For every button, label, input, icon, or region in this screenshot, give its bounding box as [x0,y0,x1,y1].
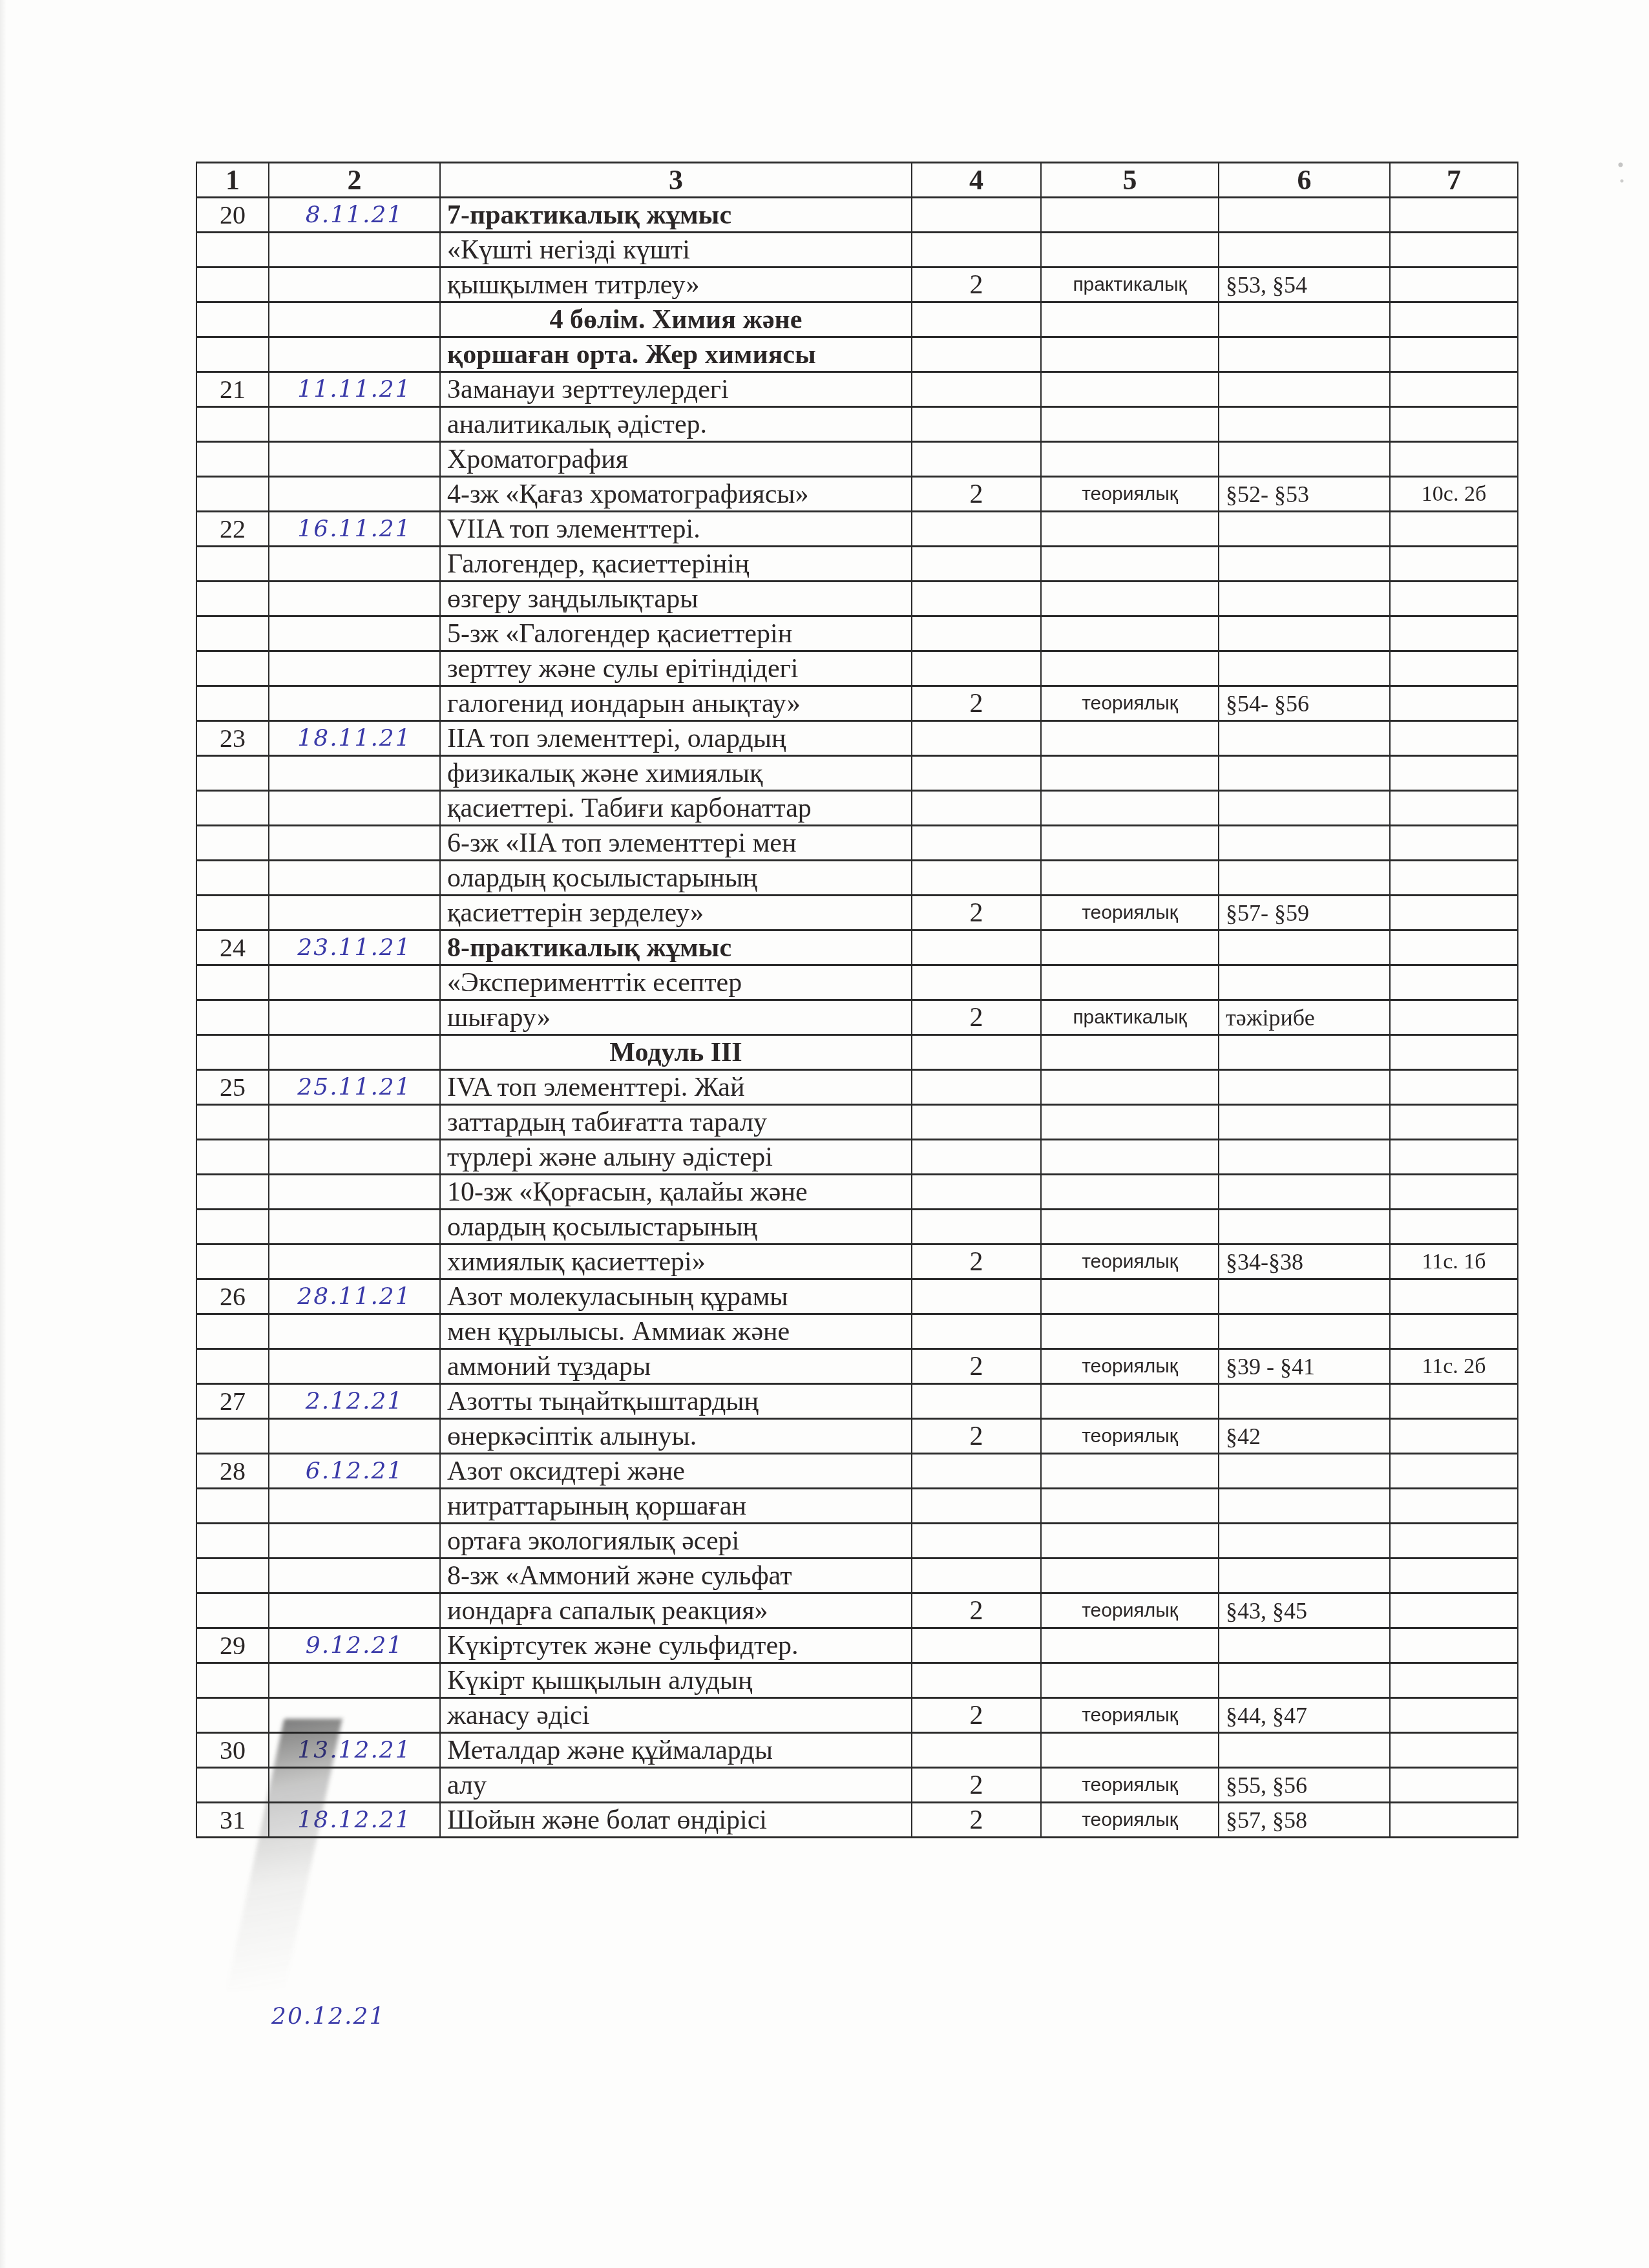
lesson-type: теориялық [1041,1349,1219,1384]
lesson-homework [1390,1803,1518,1838]
lesson-homework [1390,896,1518,930]
lesson-hours [912,337,1041,372]
lesson-number [196,1698,269,1733]
lesson-date [269,1349,440,1384]
header-col-homework: 7 [1390,163,1518,198]
lesson-hours [912,721,1041,756]
lesson-hours [912,756,1041,791]
lesson-homework: 11с. 1б [1390,1244,1518,1279]
lesson-number: 28 [196,1454,269,1489]
lesson-paragraphs: §34-§38 [1219,1244,1390,1279]
lesson-topic: Күкіртсутек және сульфидтер. [440,1628,912,1663]
lesson-number [196,1349,269,1384]
lesson-paragraphs [1219,965,1390,1000]
table-row: заттардың табиғатта таралу [196,1105,1518,1140]
lesson-topic: Азот оксидтері және [440,1454,912,1489]
table-row: қышқылмен титрлеу»2практикалық§53, §54 [196,268,1518,302]
lesson-type [1041,965,1219,1000]
lesson-paragraphs: §55, §56 [1219,1768,1390,1803]
table-row: ортаға экологиялық әсері [196,1524,1518,1559]
header-col-type: 5 [1041,163,1219,198]
lesson-date [269,1524,440,1559]
lesson-hours [912,930,1041,965]
lesson-paragraphs [1219,721,1390,756]
lesson-homework [1390,337,1518,372]
lesson-date [269,686,440,721]
lesson-homework [1390,930,1518,965]
lesson-hours [912,1384,1041,1419]
lesson-hours: 2 [912,1000,1041,1035]
lesson-paragraphs: §57- §59 [1219,896,1390,930]
lesson-date: 23.11.21 [269,930,440,965]
lesson-homework [1390,861,1518,896]
lesson-type [1041,1559,1219,1593]
lesson-topic: қышқылмен титрлеу» [440,268,912,302]
lesson-homework [1390,1070,1518,1105]
lesson-plan-table: 1 2 3 4 5 6 7 208.11.217-практикалық жұм… [196,162,1518,1838]
lesson-date [269,1035,440,1070]
table-row: 2318.11.21IIA топ элементтері, олардың [196,721,1518,756]
lesson-type [1041,1314,1219,1349]
lesson-type [1041,1663,1219,1698]
lesson-hours [912,1524,1041,1559]
lesson-homework [1390,302,1518,337]
lesson-paragraphs [1219,1733,1390,1768]
lesson-paragraphs [1219,582,1390,616]
lesson-topic: Модуль III [440,1035,912,1070]
lesson-homework [1390,616,1518,651]
lesson-number: 22 [196,512,269,547]
lesson-homework [1390,1175,1518,1210]
lesson-number [196,686,269,721]
lesson-topic: физикалық және химиялық [440,756,912,791]
lesson-homework [1390,1628,1518,1663]
table-row: аммоний тұздары2теориялық§39 - §4111с. 2… [196,1349,1518,1384]
table-row: олардың қосылыстарының [196,861,1518,896]
lesson-type: теориялық [1041,1698,1219,1733]
lesson-homework [1390,1593,1518,1628]
header-col-topic: 3 [440,163,912,198]
lesson-paragraphs: §42 [1219,1419,1390,1454]
lesson-type [1041,1489,1219,1524]
lesson-topic: ортаға экологиялық әсері [440,1524,912,1559]
table-row: 3013.12.21Металдар және құймаларды [196,1733,1518,1768]
scan-edge-shadow [0,0,6,2268]
lesson-hours [912,407,1041,442]
lesson-number [196,1419,269,1454]
lesson-number [196,1524,269,1559]
lesson-homework [1390,198,1518,233]
lesson-number [196,616,269,651]
lesson-topic: нитраттарының қоршаған [440,1489,912,1524]
header-col-paragraph: 6 [1219,163,1390,198]
lesson-homework: 10с. 2б [1390,477,1518,512]
lesson-hours: 2 [912,1349,1041,1384]
lesson-topic: 10-зж «Қорғасын, қалайы және [440,1175,912,1210]
table-row: 6-зж «IIA топ элементтері мен [196,826,1518,861]
table-row: нитраттарының қоршаған [196,1489,1518,1524]
lesson-paragraphs [1219,791,1390,826]
lesson-type [1041,1175,1219,1210]
lesson-number: 25 [196,1070,269,1105]
table-row: өнеркәсіптік алынуы.2теориялық§42 [196,1419,1518,1454]
lesson-paragraphs: §52- §53 [1219,477,1390,512]
lesson-date [269,1210,440,1244]
lesson-hours [912,547,1041,582]
table-row: өзгеру заңдылықтары [196,582,1518,616]
lesson-hours: 2 [912,1419,1041,1454]
lesson-topic: 4-зж «Қағаз хроматографиясы» [440,477,912,512]
lesson-paragraphs: тәжірибе [1219,1000,1390,1035]
lesson-date: 28.11.21 [269,1279,440,1314]
lesson-hours [912,1140,1041,1175]
table-row: 286.12.21Азот оксидтері және [196,1454,1518,1489]
lesson-type: практикалық [1041,1000,1219,1035]
lesson-paragraphs [1219,1663,1390,1698]
lesson-number: 21 [196,372,269,407]
table-row: 2216.11.21VIIA топ элементтері. [196,512,1518,547]
lesson-type [1041,1279,1219,1314]
lesson-number [196,1175,269,1210]
lesson-topic: химиялық қасиеттері» [440,1244,912,1279]
lesson-date [269,1105,440,1140]
lesson-homework [1390,1140,1518,1175]
lesson-homework [1390,1524,1518,1559]
lesson-date: 18.12.21 [269,1803,440,1838]
table-row: қасиеттері. Табиғи карбонаттар [196,791,1518,826]
lesson-number [196,1140,269,1175]
lesson-date [269,651,440,686]
lesson-number [196,1244,269,1279]
lesson-type: теориялық [1041,896,1219,930]
lesson-paragraphs [1219,1628,1390,1663]
lesson-date: 25.11.21 [269,1070,440,1105]
lesson-hours [912,1559,1041,1593]
lesson-date [269,547,440,582]
lesson-paragraphs [1219,372,1390,407]
lesson-homework [1390,721,1518,756]
lesson-paragraphs [1219,651,1390,686]
lesson-topic: қасиеттерін зерделеу» [440,896,912,930]
lesson-homework [1390,686,1518,721]
lesson-paragraphs [1219,930,1390,965]
lesson-number [196,861,269,896]
lesson-homework [1390,1384,1518,1419]
lesson-hours: 2 [912,686,1041,721]
lesson-paragraphs: §54- §56 [1219,686,1390,721]
lesson-homework [1390,372,1518,407]
lesson-type [1041,616,1219,651]
lesson-hours [912,1070,1041,1105]
lesson-hours: 2 [912,1244,1041,1279]
lesson-hours: 2 [912,1593,1041,1628]
lesson-homework [1390,1105,1518,1140]
table-row: түрлері және алыну әдістері [196,1140,1518,1175]
lesson-type [1041,1628,1219,1663]
lesson-hours [912,582,1041,616]
lesson-homework [1390,1663,1518,1698]
lesson-topic: IVA топ элементтері. Жай [440,1070,912,1105]
lesson-type [1041,756,1219,791]
table-row: 2628.11.21Азот молекуласының құрамы [196,1279,1518,1314]
lesson-paragraphs [1219,1454,1390,1489]
lesson-topic: Азот молекуласының құрамы [440,1279,912,1314]
lesson-topic: «Күшті негізді күшті [440,233,912,268]
lesson-topic: заттардың табиғатта таралу [440,1105,912,1140]
lesson-date [269,302,440,337]
lesson-hours [912,442,1041,477]
lesson-type [1041,1140,1219,1175]
lesson-date [269,1663,440,1698]
lesson-paragraphs [1219,442,1390,477]
lesson-number [196,582,269,616]
lesson-homework [1390,1000,1518,1035]
lesson-hours [912,1175,1041,1210]
lesson-type [1041,1733,1219,1768]
lesson-number [196,965,269,1000]
lesson-number [196,1314,269,1349]
lesson-date [269,268,440,302]
lesson-number [196,302,269,337]
table-row: Күкірт қышқылын алудың [196,1663,1518,1698]
lesson-homework [1390,233,1518,268]
lesson-date [269,407,440,442]
lesson-type [1041,547,1219,582]
lesson-hours [912,861,1041,896]
lesson-hours [912,1663,1041,1698]
table-row: Хроматография [196,442,1518,477]
lesson-paragraphs [1219,1384,1390,1419]
lesson-paragraphs [1219,233,1390,268]
lesson-number [196,1663,269,1698]
lesson-topic: Хроматография [440,442,912,477]
lesson-number [196,268,269,302]
lesson-number [196,407,269,442]
lesson-date [269,337,440,372]
table-row: аналитикалық әдістер. [196,407,1518,442]
lesson-date [269,1000,440,1035]
lesson-date [269,1419,440,1454]
lesson-topic: олардың қосылыстарының [440,861,912,896]
lesson-topic: аммоний тұздары [440,1349,912,1384]
lesson-hours [912,616,1041,651]
lesson-number: 29 [196,1628,269,1663]
lesson-number [196,1105,269,1140]
lesson-topic: Галогендер, қасиеттерінің [440,547,912,582]
lesson-topic: 7-практикалық жұмыс [440,198,912,233]
lesson-topic: зерттеу және сулы ерітіндідегі [440,651,912,686]
table-row: 3118.12.21Шойын және болат өндірісі2теор… [196,1803,1518,1838]
lesson-hours [912,791,1041,826]
lesson-type: теориялық [1041,686,1219,721]
lesson-date [269,861,440,896]
lesson-topic: қоршаған орта. Жер химиясы [440,337,912,372]
lesson-date: 2.12.21 [269,1384,440,1419]
lesson-number: 26 [196,1279,269,1314]
lesson-homework [1390,826,1518,861]
lesson-hours [912,1279,1041,1314]
lesson-number [196,477,269,512]
table-row: алу2теориялық§55, §56 [196,1768,1518,1803]
lesson-date [269,791,440,826]
lesson-number [196,826,269,861]
lesson-paragraphs [1219,512,1390,547]
lesson-number [196,442,269,477]
table-row: Галогендер, қасиеттерінің [196,547,1518,582]
lesson-paragraphs [1219,198,1390,233]
lesson-date [269,442,440,477]
lesson-paragraphs [1219,1559,1390,1593]
lesson-date: 8.11.21 [269,198,440,233]
lesson-type [1041,302,1219,337]
lesson-paragraphs [1219,861,1390,896]
lesson-topic: иондарға сапалық реакция» [440,1593,912,1628]
table-row: химиялық қасиеттері»2теориялық§34-§3811с… [196,1244,1518,1279]
lesson-paragraphs [1219,1524,1390,1559]
lesson-type: теориялық [1041,1593,1219,1628]
lesson-paragraphs [1219,302,1390,337]
lesson-type: теориялық [1041,1768,1219,1803]
table-row: жанасу әдісі2теориялық§44, §47 [196,1698,1518,1733]
lesson-type: теориялық [1041,1419,1219,1454]
lesson-topic: Күкірт қышқылын алудың [440,1663,912,1698]
table-row: 272.12.21Азотты тыңайтқыштардың [196,1384,1518,1419]
lesson-date [269,1175,440,1210]
lesson-homework [1390,512,1518,547]
header-col-date: 2 [269,163,440,198]
lesson-type [1041,651,1219,686]
lesson-date [269,1244,440,1279]
lesson-hours: 2 [912,1768,1041,1803]
lesson-hours: 2 [912,1698,1041,1733]
lesson-date [269,477,440,512]
lesson-topic: мен құрылысы. Аммиак және [440,1314,912,1349]
lesson-paragraphs: §57, §58 [1219,1803,1390,1838]
lesson-type [1041,1105,1219,1140]
lesson-type [1041,791,1219,826]
lesson-number: 23 [196,721,269,756]
lesson-hours [912,965,1041,1000]
lesson-homework [1390,582,1518,616]
lesson-number [196,233,269,268]
table-row: «Эксперименттік есептер [196,965,1518,1000]
lesson-paragraphs [1219,1279,1390,1314]
lesson-type [1041,198,1219,233]
lesson-number [196,651,269,686]
lesson-type [1041,407,1219,442]
lesson-type: практикалық [1041,268,1219,302]
lesson-homework [1390,791,1518,826]
lesson-date [269,582,440,616]
lesson-homework [1390,1314,1518,1349]
lesson-paragraphs [1219,1489,1390,1524]
lesson-topic: Шойын және болат өндірісі [440,1803,912,1838]
lesson-number [196,1000,269,1035]
lesson-hours [912,1628,1041,1663]
lesson-topic: аналитикалық әдістер. [440,407,912,442]
lesson-date [269,1768,440,1803]
lesson-number: 27 [196,1384,269,1419]
header-col-number: 1 [196,163,269,198]
table-row: мен құрылысы. Аммиак және [196,1314,1518,1349]
lesson-homework [1390,1419,1518,1454]
lesson-paragraphs [1219,1140,1390,1175]
lesson-paragraphs: §53, §54 [1219,268,1390,302]
table-header-row: 1 2 3 4 5 6 7 [196,163,1518,198]
lesson-type [1041,372,1219,407]
lesson-paragraphs [1219,1070,1390,1105]
table-row: 8-зж «Аммоний және сульфат [196,1559,1518,1593]
lesson-topic: алу [440,1768,912,1803]
table-row: 2111.11.21Заманауи зерттеулердегі [196,372,1518,407]
lesson-topic: 8-зж «Аммоний және сульфат [440,1559,912,1593]
lesson-date [269,1698,440,1733]
lesson-hours [912,1733,1041,1768]
lesson-homework [1390,965,1518,1000]
lesson-date [269,1140,440,1175]
lesson-number [196,1559,269,1593]
lesson-hours: 2 [912,268,1041,302]
lesson-topic: Азотты тыңайтқыштардың [440,1384,912,1419]
lesson-homework [1390,1489,1518,1524]
lesson-hours [912,1314,1041,1349]
lesson-homework [1390,1454,1518,1489]
lesson-date [269,1314,440,1349]
lesson-hours [912,372,1041,407]
table-row: «Күшті негізді күшті [196,233,1518,268]
lesson-topic: өзгеру заңдылықтары [440,582,912,616]
lesson-type [1041,1070,1219,1105]
lesson-paragraphs [1219,407,1390,442]
lesson-hours: 2 [912,1803,1041,1838]
lesson-paragraphs [1219,1035,1390,1070]
lesson-date [269,1559,440,1593]
lesson-type [1041,512,1219,547]
lesson-date: 16.11.21 [269,512,440,547]
lesson-hours [912,1035,1041,1070]
lesson-topic: олардың қосылыстарының [440,1210,912,1244]
lesson-date [269,616,440,651]
table-row: 5-зж «Галогендер қасиеттерін [196,616,1518,651]
lesson-topic: жанасу әдісі [440,1698,912,1733]
lesson-homework [1390,442,1518,477]
lesson-hours [912,1210,1041,1244]
lesson-hours [912,651,1041,686]
lesson-type: теориялық [1041,1803,1219,1838]
lesson-topic: 5-зж «Галогендер қасиеттерін [440,616,912,651]
lesson-date: 18.11.21 [269,721,440,756]
table-row: шығару»2практикалықтәжірибе [196,1000,1518,1035]
lesson-type: теориялық [1041,477,1219,512]
table-row: 10-зж «Қорғасын, қалайы және [196,1175,1518,1210]
lesson-type [1041,1454,1219,1489]
lesson-paragraphs [1219,1175,1390,1210]
lesson-type [1041,1210,1219,1244]
lesson-date [269,1489,440,1524]
lesson-number [196,791,269,826]
lesson-topic: қасиеттері. Табиғи карбонаттар [440,791,912,826]
lesson-hours [912,1454,1041,1489]
lesson-date [269,756,440,791]
lesson-number [196,1035,269,1070]
lesson-hours [912,512,1041,547]
lesson-topic: «Эксперименттік есептер [440,965,912,1000]
lesson-hours [912,302,1041,337]
lesson-homework [1390,1733,1518,1768]
table-row: 4 бөлім. Химия және [196,302,1518,337]
lesson-homework [1390,1768,1518,1803]
table-row: қасиеттерін зерделеу»2теориялық§57- §59 [196,896,1518,930]
